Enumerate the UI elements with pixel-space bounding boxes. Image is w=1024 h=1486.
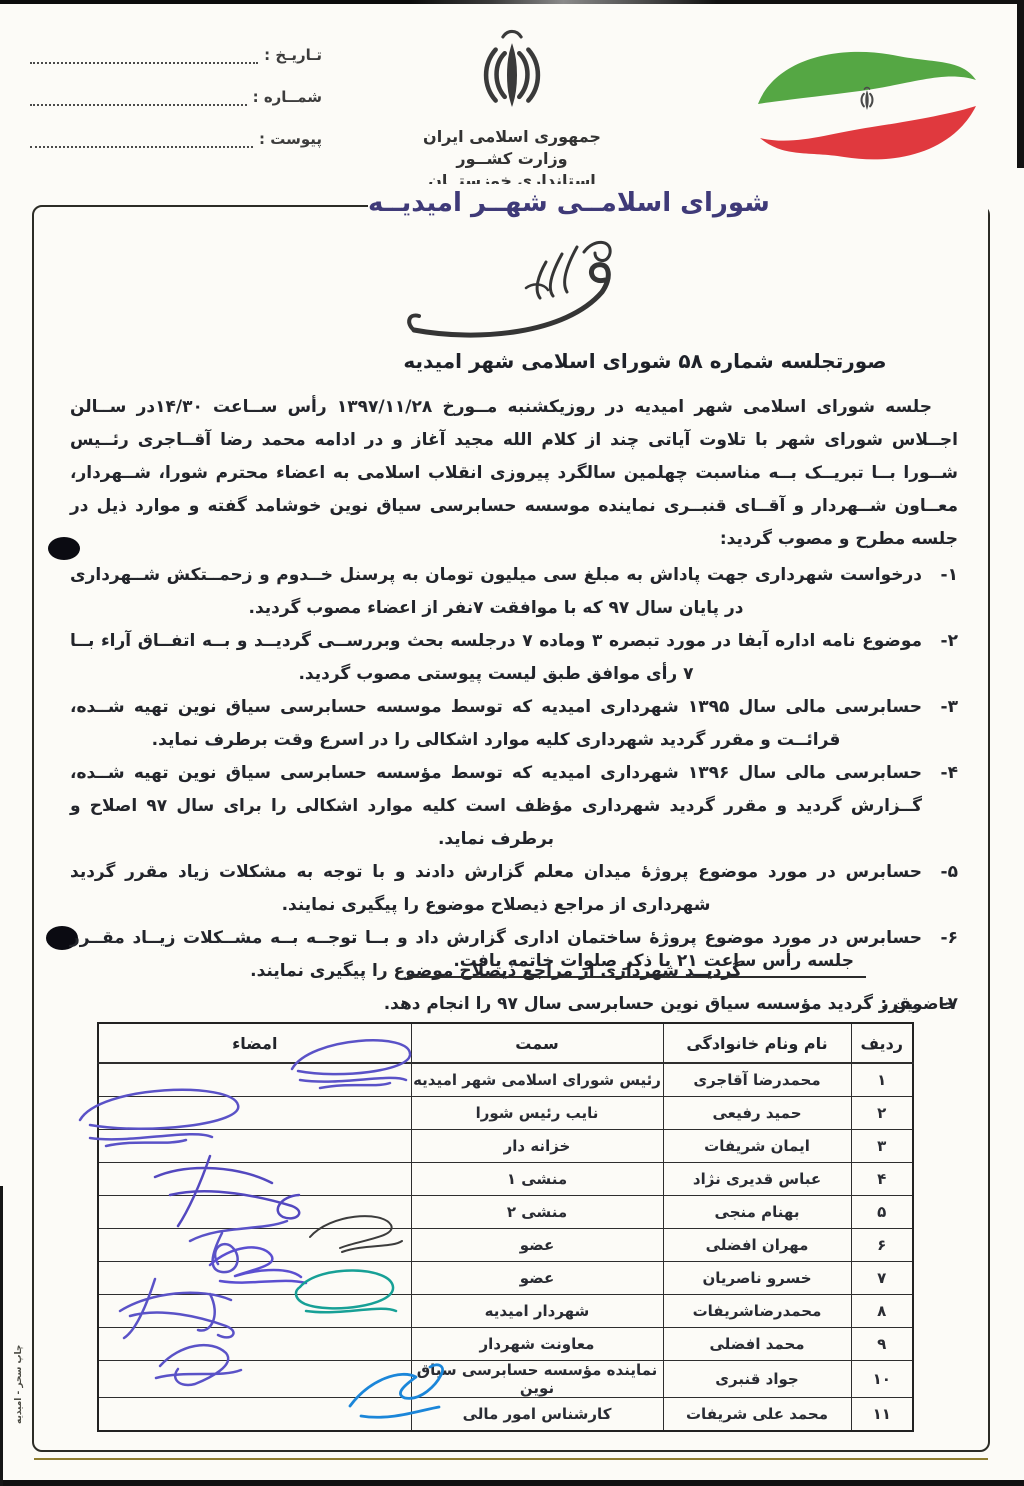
cell-role: عضو <box>411 1262 663 1295</box>
attachment-label: پیوست : <box>253 130 322 148</box>
cell-role: نماینده مؤسسه حسابرسی سیاق نوین <box>411 1361 663 1398</box>
item-number: ۶- <box>924 922 958 988</box>
iran-emblem-icon <box>464 26 560 126</box>
attendees-label: حاضرین : <box>881 994 956 1013</box>
cell-row-number: ۸ <box>851 1295 913 1328</box>
item-number: ۳- <box>924 691 958 757</box>
table-row: ۱محمدرضا آقاجریرئیس شورای اسلامی شهر امی… <box>98 1063 913 1097</box>
cell-signature <box>98 1229 411 1262</box>
meeting-item: ۲- موضوع نامه اداره آبفا در مورد تبصره ۳… <box>70 625 958 691</box>
cell-row-number: ۱ <box>851 1063 913 1097</box>
table-row: ۳ایمان شریفاتخزانه دار <box>98 1130 913 1163</box>
cell-name: عباس قدیری نژاد <box>663 1163 851 1196</box>
number-dotted-line <box>30 90 247 106</box>
cell-signature <box>98 1196 411 1229</box>
header-ministry: وزارت کشــور <box>352 148 672 170</box>
cell-signature <box>98 1163 411 1196</box>
flag-red-wave <box>760 106 976 159</box>
attendees-table: ردیف نام ونام خانوادگی سمت امضاء ۱محمدرض… <box>97 1022 914 1432</box>
number-label: شمــاره : <box>247 88 322 106</box>
cell-name: محمد افضلی <box>663 1328 851 1361</box>
document-body: جلسه شورای اسلامی شهر امیدیه در روزیکشنب… <box>70 391 958 1021</box>
cell-name: محمدرضا آقاجری <box>663 1063 851 1097</box>
table-row: ۱۱محمد علی شریفاتکارشناس امور مالی <box>98 1398 913 1432</box>
cell-row-number: ۲ <box>851 1097 913 1130</box>
item-text: حسابرسی مالی سال ۱۳۹۶ شهرداری امیدیه که … <box>70 757 924 856</box>
cell-name: خسرو ناصریان <box>663 1262 851 1295</box>
bismillah-calligraphy-icon <box>398 230 660 350</box>
table-row: ۱۰جواد قنبرینماینده مؤسسه حسابرسی سیاق ن… <box>98 1361 913 1398</box>
scan-edge-top <box>0 0 1024 4</box>
cell-role: کارشناس امور مالی <box>411 1398 663 1432</box>
attachment-dotted-line <box>30 132 253 148</box>
table-row: ۹محمد افضلیمعاونت شهردار <box>98 1328 913 1361</box>
cell-role: نایب رئیس شورا <box>411 1097 663 1130</box>
cell-role: منشی ۲ <box>411 1196 663 1229</box>
intro-paragraph: جلسه شورای اسلامی شهر امیدیه در روزیکشنب… <box>70 391 958 556</box>
col-header-name: نام ونام خانوادگی <box>663 1023 851 1063</box>
cell-row-number: ۳ <box>851 1130 913 1163</box>
document-title: صورتجلسه شماره ۵۸ شورای اسلامی شهر امیدی… <box>330 349 960 373</box>
header-country: جمهوری اسلامی ایران <box>352 126 672 148</box>
table-row: ۵بهنام منجیمنشی ۲ <box>98 1196 913 1229</box>
table-header-row: ردیف نام ونام خانوادگی سمت امضاء <box>98 1023 913 1063</box>
flag-center-emblem <box>862 88 873 109</box>
iran-flag-wave-icon <box>748 28 986 176</box>
table-row: ۸محمدرضاشریفاتشهردار امیدیه <box>98 1295 913 1328</box>
meeting-item: ۳- حسابرسی مالی سال ۱۳۹۵ شهرداری امیدیه … <box>70 691 958 757</box>
cell-signature <box>98 1328 411 1361</box>
cell-role: معاونت شهردار <box>411 1328 663 1361</box>
meeting-item: ۵- حسابرس در مورد موضوع پروژۀ میدان معلم… <box>70 856 958 922</box>
table-row: ۷خسرو ناصریانعضو <box>98 1262 913 1295</box>
cell-signature <box>98 1361 411 1398</box>
field-row-number: شمــاره : <box>30 88 322 106</box>
meeting-item: ۴- حسابرسی مالی سال ۱۳۹۶ شهرداری امیدیه … <box>70 757 958 856</box>
item-number: ۱- <box>924 559 958 625</box>
cell-signature <box>98 1063 411 1097</box>
cell-row-number: ۴ <box>851 1163 913 1196</box>
cell-name: مهران افضلی <box>663 1229 851 1262</box>
item-number: ۲- <box>924 625 958 691</box>
cell-role: رئیس شورای اسلامی شهر امیدیه <box>411 1063 663 1097</box>
letterhead-fields: تـاریـخ : شمــاره : پیوست : <box>30 46 322 172</box>
meeting-item: ۷- مقرر گردید مؤسسه سیاق نوین حسابرسی سا… <box>70 988 958 1021</box>
field-row-attachment: پیوست : <box>30 130 322 148</box>
cell-row-number: ۱۰ <box>851 1361 913 1398</box>
cell-name: ایمان شریفات <box>663 1130 851 1163</box>
date-dotted-line <box>30 48 258 64</box>
item-text: مقرر گردید مؤسسه سیاق نوین حسابرسی سال ۹… <box>70 988 924 1021</box>
council-banner: شورای اسلامــی شهــر امیدیــه <box>368 184 988 222</box>
cell-name: محمدرضاشریفات <box>663 1295 851 1328</box>
meeting-item: ۱- درخواست شهرداری جهت پاداش به مبلغ سی … <box>70 559 958 625</box>
item-text: درخواست شهرداری جهت پاداش به مبلغ سی میل… <box>70 559 924 625</box>
cell-row-number: ۵ <box>851 1196 913 1229</box>
cell-signature <box>98 1398 411 1432</box>
field-row-date: تـاریـخ : <box>30 46 322 64</box>
item-text: موضوع نامه اداره آبفا در مورد تبصره ۳ وم… <box>70 625 924 691</box>
scan-edge-bottom <box>0 1480 1024 1486</box>
cell-row-number: ۹ <box>851 1328 913 1361</box>
print-shop-mark: چاپ سحر - امیدیه <box>14 1345 24 1424</box>
page-frame-accent-line <box>34 1458 988 1460</box>
cell-row-number: ۱۱ <box>851 1398 913 1432</box>
scan-edge-right <box>1017 0 1024 168</box>
table-row: ۴عباس قدیری نژادمنشی ۱ <box>98 1163 913 1196</box>
cell-name: بهنام منجی <box>663 1196 851 1229</box>
item-text: حسابرسی مالی سال ۱۳۹۵ شهرداری امیدیه که … <box>70 691 924 757</box>
scan-edge-left <box>0 1186 3 1486</box>
cell-role: شهردار امیدیه <box>411 1295 663 1328</box>
cell-role: عضو <box>411 1229 663 1262</box>
col-header-signature: امضاء <box>98 1023 411 1063</box>
cell-signature <box>98 1262 411 1295</box>
cell-role: منشی ۱ <box>411 1163 663 1196</box>
cell-signature <box>98 1130 411 1163</box>
cell-signature <box>98 1097 411 1130</box>
cell-signature <box>98 1295 411 1328</box>
scanned-document-page: { "fields": { "date_label": "تـاریـخ :",… <box>0 0 1024 1486</box>
cell-name: جواد قنبری <box>663 1361 851 1398</box>
table-row: ۶مهران افضلیعضو <box>98 1229 913 1262</box>
col-header-row-number: ردیف <box>851 1023 913 1063</box>
closing-line: جلسه رأس ساعت ۲۱ با ذکر صلوات خاتمه یافت… <box>407 951 866 978</box>
item-number: ۵- <box>924 856 958 922</box>
letterhead-center: جمهوری اسلامی ایران وزارت کشــور استاندا… <box>352 26 672 192</box>
cell-row-number: ۶ <box>851 1229 913 1262</box>
table-row: ۲حمید رفیعینایب رئیس شورا <box>98 1097 913 1130</box>
council-banner-title: شورای اسلامــی شهــر امیدیــه <box>368 184 988 222</box>
cell-row-number: ۷ <box>851 1262 913 1295</box>
cell-name: محمد علی شریفات <box>663 1398 851 1432</box>
date-label: تـاریـخ : <box>258 46 322 64</box>
col-header-role: سمت <box>411 1023 663 1063</box>
item-number: ۴- <box>924 757 958 856</box>
cell-role: خزانه دار <box>411 1130 663 1163</box>
cell-name: حمید رفیعی <box>663 1097 851 1130</box>
item-text: حسابرس در مورد موضوع پروژۀ میدان معلم گز… <box>70 856 924 922</box>
